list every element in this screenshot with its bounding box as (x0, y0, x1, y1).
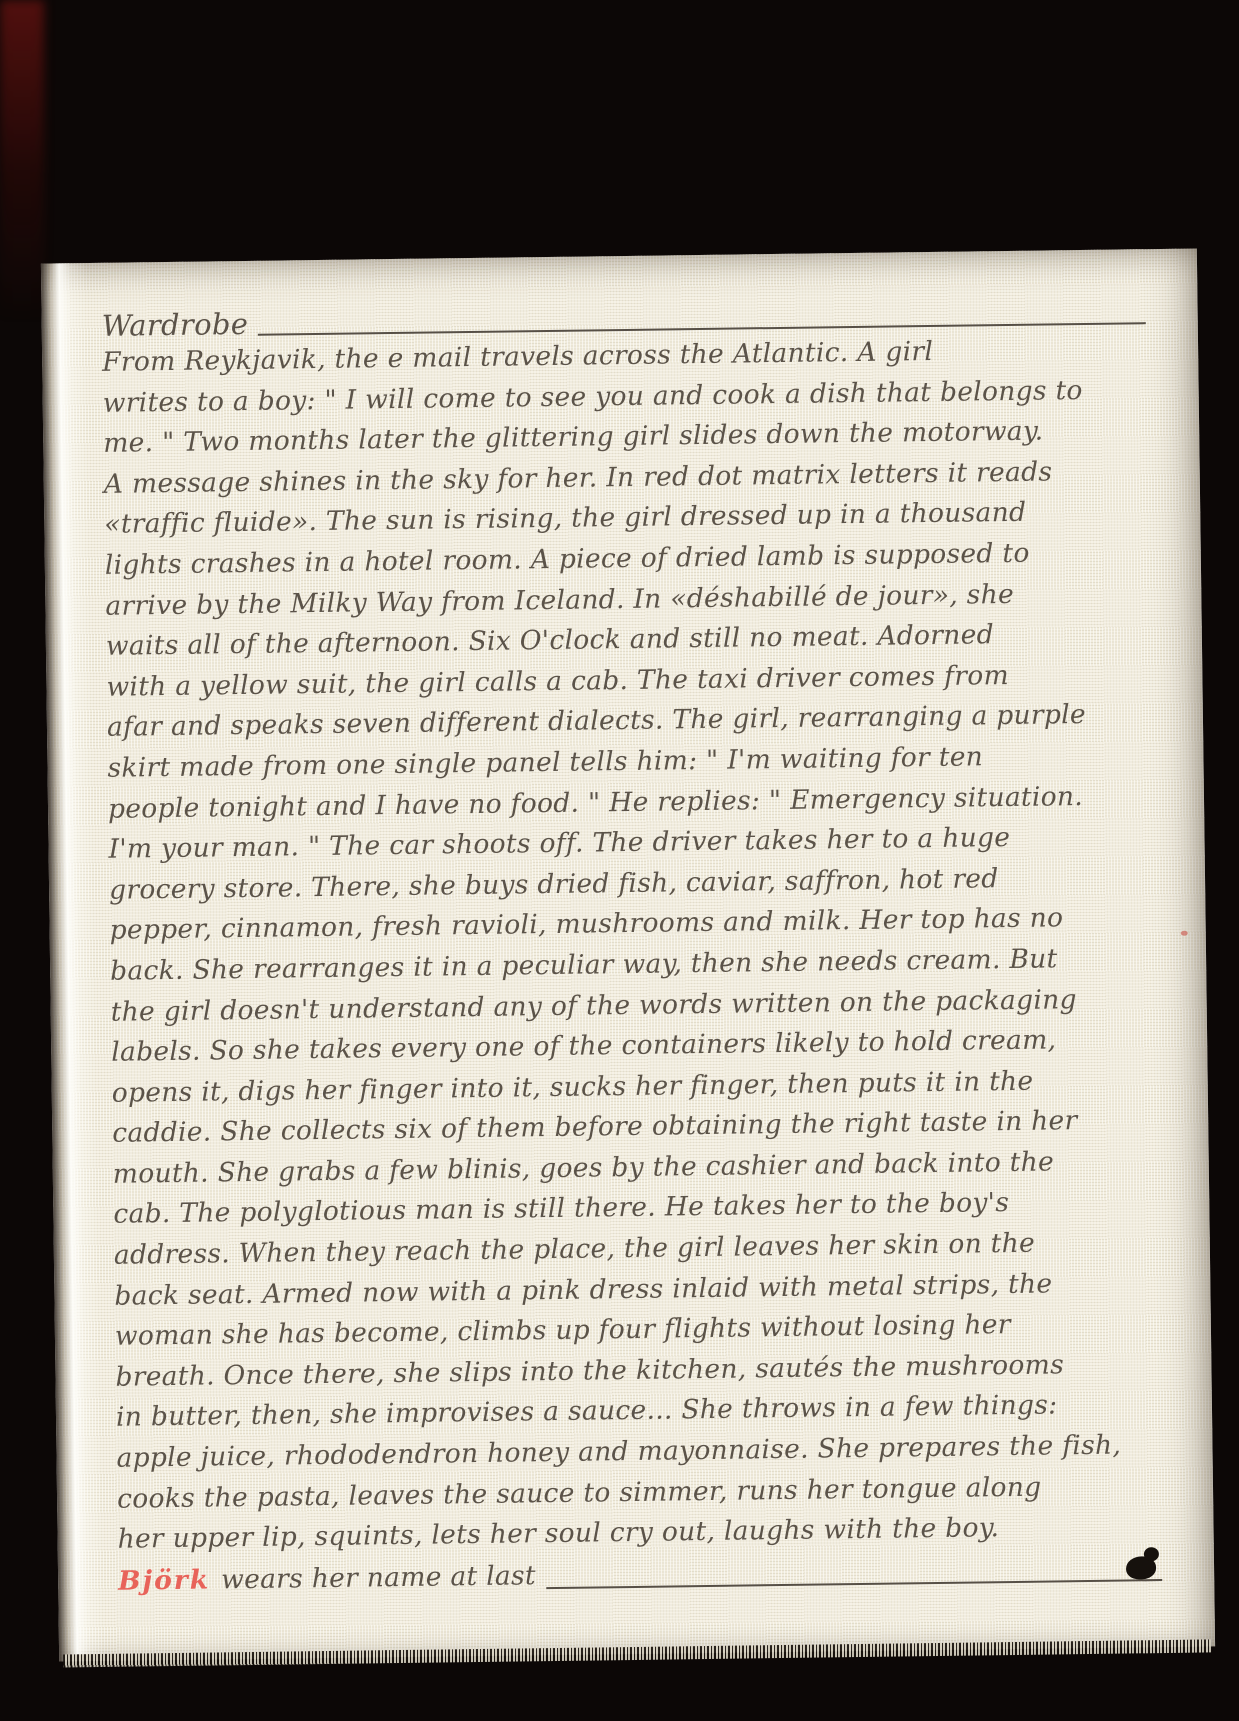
signature-text: wears her name at last (221, 1556, 536, 1601)
red-speck (1181, 931, 1188, 936)
scan-background: Wardrobe From Reykjavik, the e mail trav… (0, 0, 1239, 1721)
scan-edge-red-tint (0, 0, 44, 320)
bird-ink-blot (1126, 1557, 1156, 1580)
handwritten-text: From Reykjavik, the e mail travels acros… (102, 329, 1162, 1560)
signature-name: Björk (118, 1560, 211, 1602)
fabric-fringe (63, 1639, 1211, 1667)
page-title: Wardrobe (101, 307, 248, 343)
footer-underline (546, 1579, 1162, 1589)
fabric-page: Wardrobe From Reykjavik, the e mail trav… (41, 248, 1215, 1661)
page-content: Wardrobe From Reykjavik, the e mail trav… (101, 283, 1162, 1602)
